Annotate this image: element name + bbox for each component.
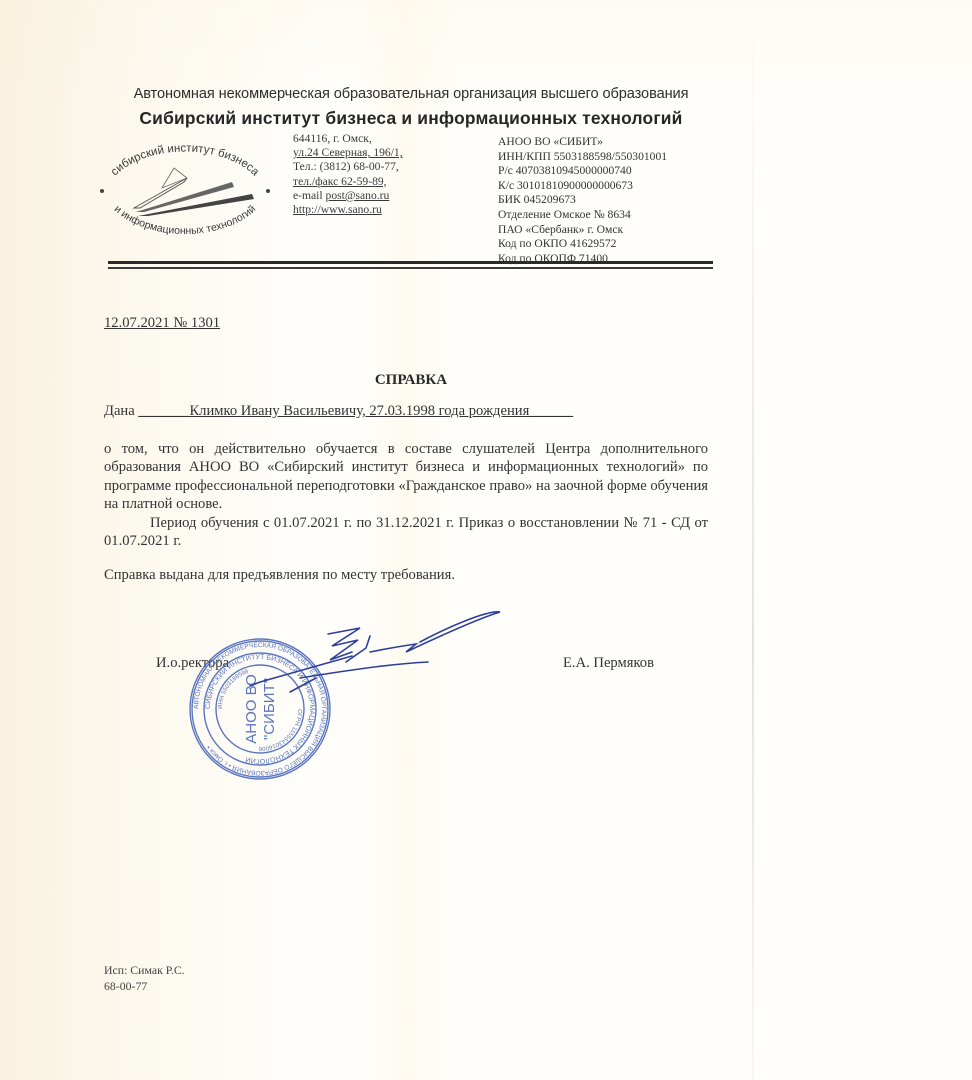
bank-details: АНОО ВО «СИБИТ» ИНН/КПП 5503188598/55030…	[498, 135, 667, 266]
given-label: Дана	[104, 403, 138, 419]
bank-line: Отделение Омское № 8634	[498, 208, 667, 223]
postal-address: 644116, г. Омск,	[293, 132, 403, 146]
address-block: 644116, г. Омск, ул.24 Северная, 196/1, …	[293, 132, 403, 217]
website-link[interactable]: http://www.sano.ru	[293, 203, 403, 217]
document-date-number: 12.07.2021 № 1301	[104, 315, 220, 332]
given-blank: _______	[138, 403, 189, 419]
bank-line: ПАО «Сбербанк» г. Омск	[498, 223, 667, 238]
phone: Тел.: (3812) 68-00-77,	[293, 160, 403, 174]
handwritten-signature-icon	[220, 600, 520, 710]
email-label: e-mail	[293, 189, 326, 202]
recipient-name: Климко Ивану Васильевичу, 27.03.1998 год…	[189, 403, 529, 419]
letterhead-divider	[108, 267, 713, 269]
bank-line: Код по ОКПО 41629572	[498, 237, 667, 252]
svg-text:сибирский институт бизнеса: сибирский институт бизнеса	[109, 143, 262, 179]
organization-type: Автономная некоммерческая образовательна…	[110, 86, 712, 102]
email-link[interactable]: post@sano.ru	[326, 189, 390, 202]
bank-line: Р/с 40703810945000000740	[498, 164, 667, 179]
executor-name: Исп: Симак Р.С.	[104, 963, 185, 979]
street-address: ул.24 Северная, 196/1,	[293, 146, 403, 160]
document-title: СПРАВКА	[110, 372, 712, 389]
bank-line: АНОО ВО «СИБИТ»	[498, 135, 667, 150]
study-period-paragraph: Период обучения с 01.07.2021 г. по 31.12…	[104, 514, 708, 551]
bank-line: К/с 30101810900000000673	[498, 179, 667, 194]
body-paragraph: о том, что он действительно обучается в …	[104, 440, 708, 514]
given-to-line: Дана _______Климко Ивану Васильевичу, 27…	[104, 403, 573, 420]
organization-name: Сибирский институт бизнеса и информацион…	[110, 108, 712, 129]
bank-line: БИК 045209673	[498, 193, 667, 208]
fax: тел./факс 62-59-89,	[293, 175, 403, 189]
letterhead-divider	[108, 261, 713, 264]
bank-line: ИНН/КПП 5503188598/550301001	[498, 150, 667, 165]
given-blank: ______	[529, 403, 573, 419]
document-body: о том, что он действительно обучается в …	[104, 440, 708, 550]
paper-fold	[752, 0, 754, 1080]
issued-for-text: Справка выдана для предъявления по месту…	[104, 567, 455, 584]
institute-logo-icon: сибирский институт бизнеса и информацион…	[92, 130, 278, 248]
bank-line: Код по ОКОПФ 71400	[498, 252, 667, 267]
executor-block: Исп: Симак Р.С. 68-00-77	[104, 963, 185, 994]
executor-phone: 68-00-77	[104, 979, 185, 995]
signatory-name: Е.А. Пермяков	[563, 655, 654, 672]
